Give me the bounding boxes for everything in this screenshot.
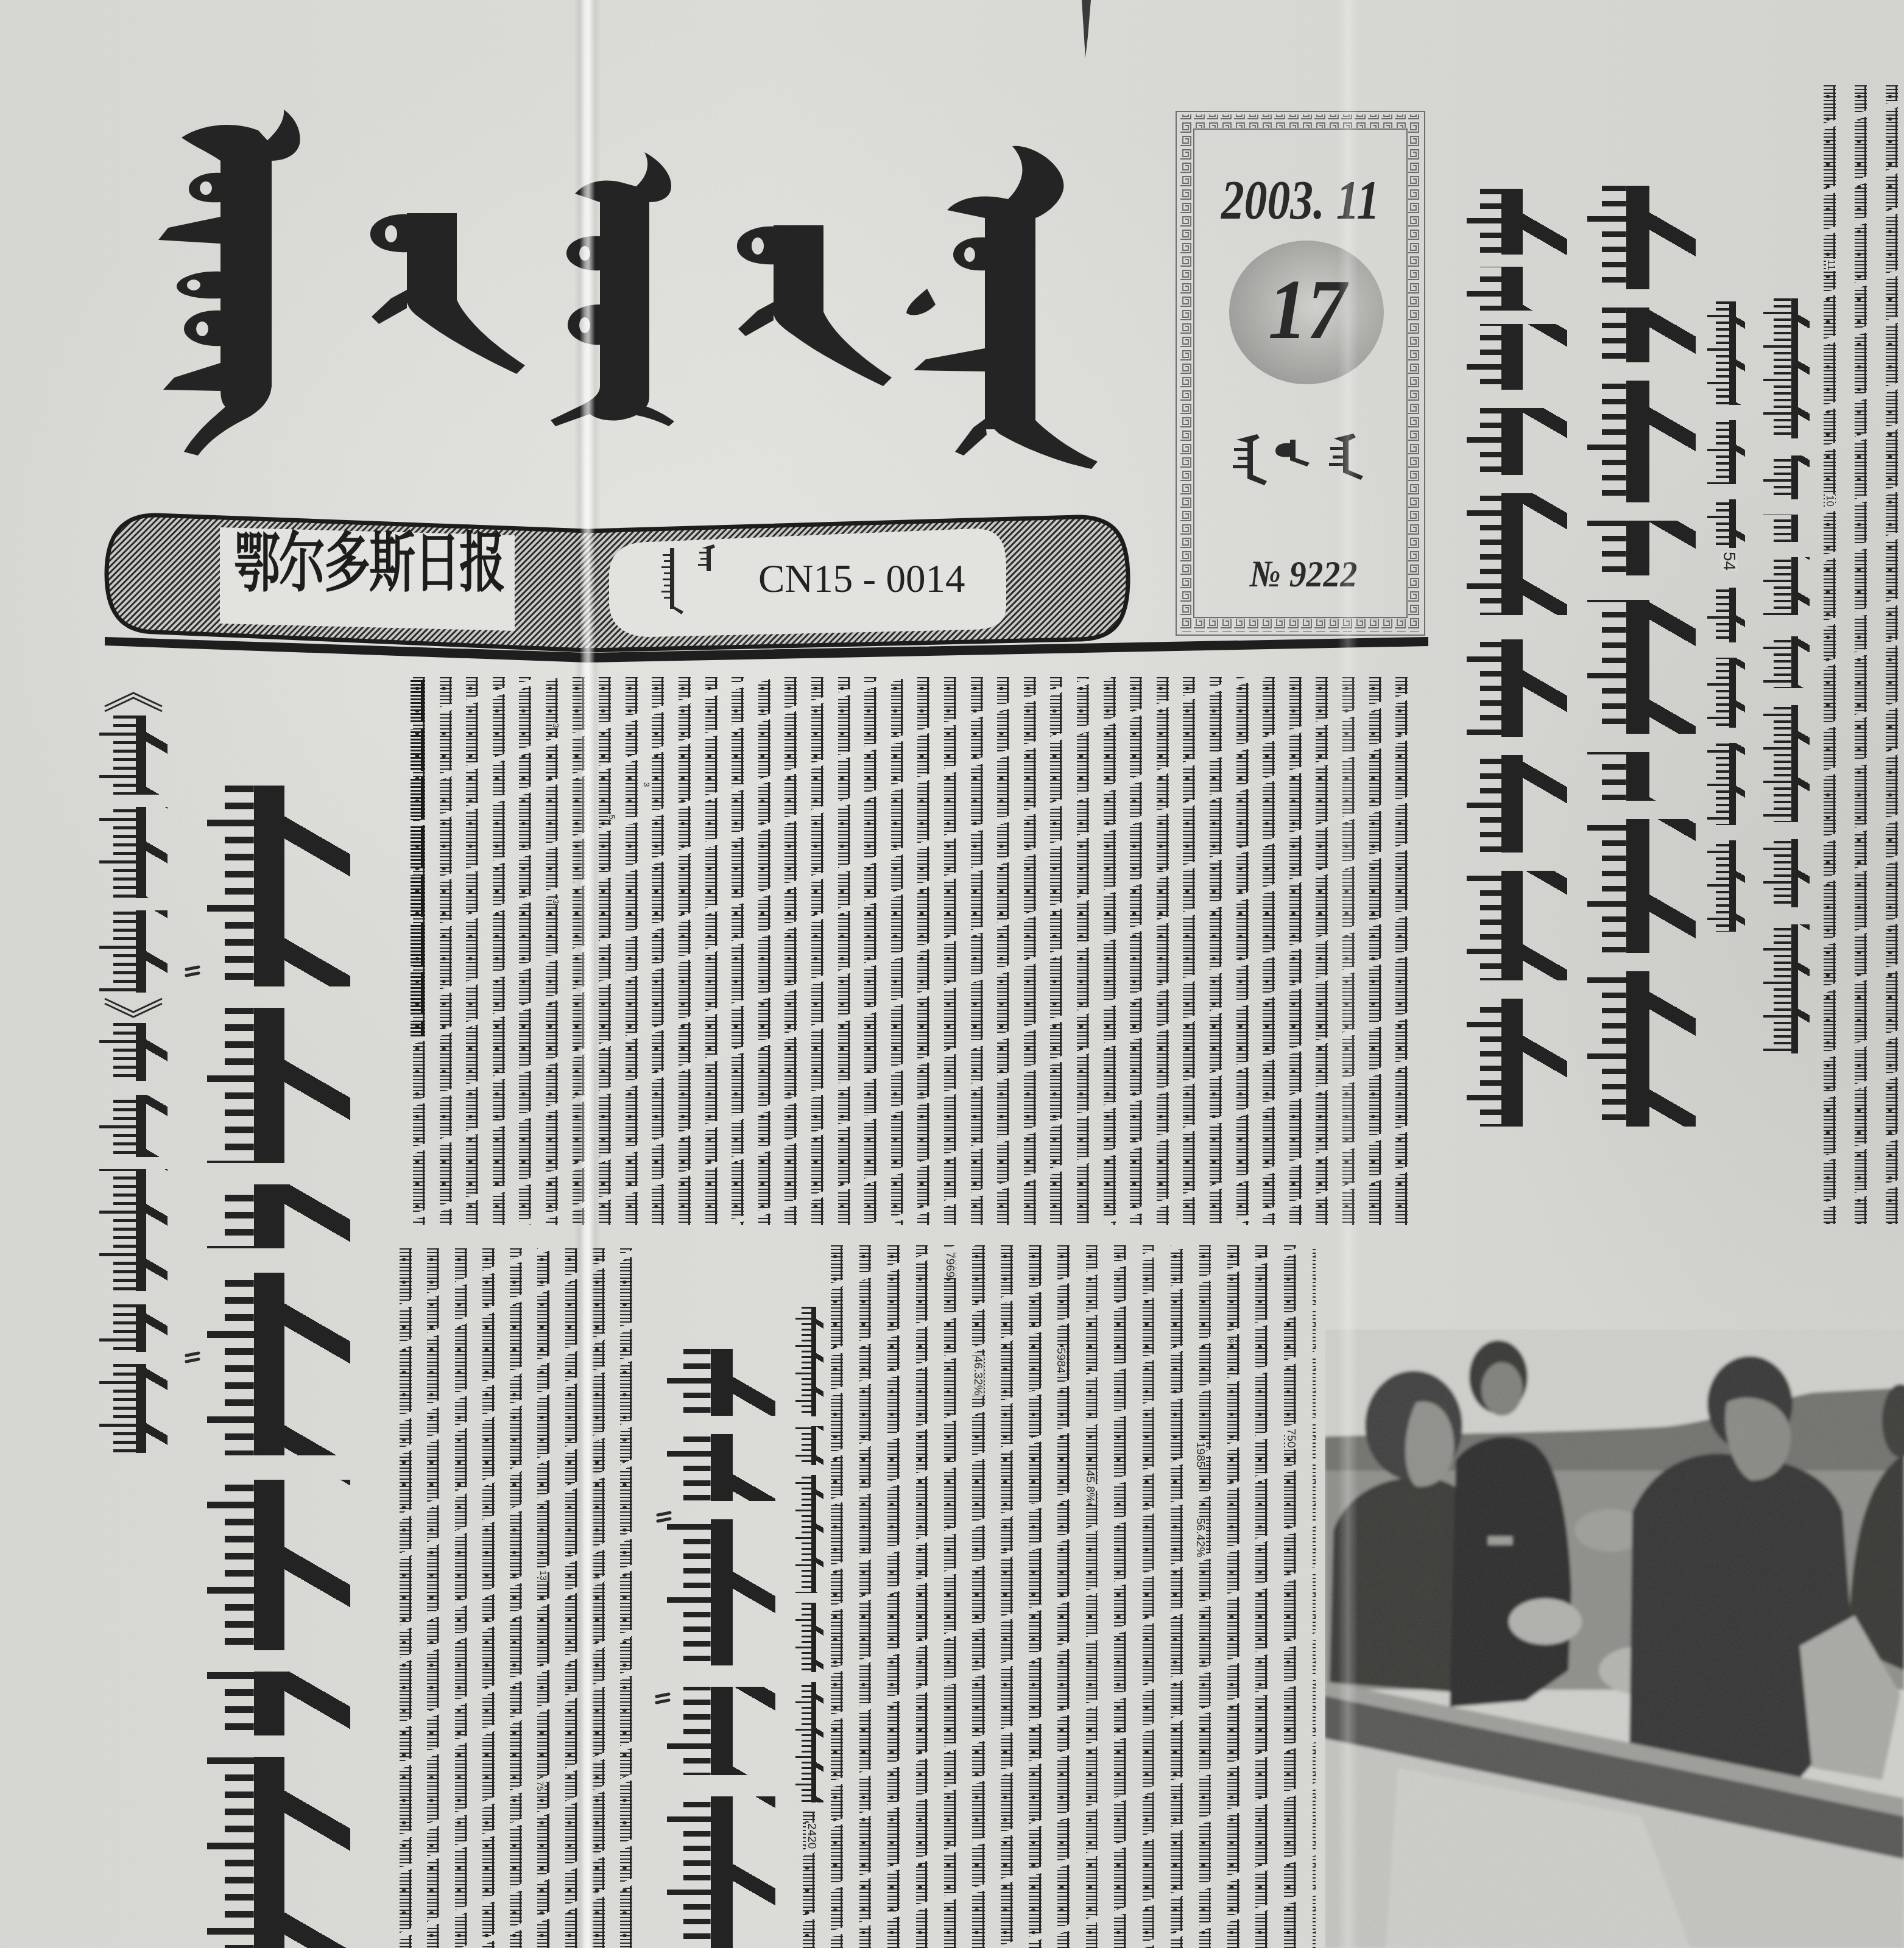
feature-body-numeral: 3 (552, 723, 560, 728)
open-bracket-glyph (105, 698, 162, 711)
weekday-mongolian-glyphs (1233, 434, 1363, 485)
center-body-numeral: 1985 (1194, 1441, 1206, 1468)
feature-body-numeral: 5 (608, 814, 616, 820)
masthead-glyph-1 (158, 110, 300, 455)
center-body-numeral: 9 (1227, 1338, 1235, 1343)
headline-quote-marks (186, 967, 670, 1703)
chinese-title: 鄂尔多斯日报 (223, 530, 515, 595)
center-body-numeral: 46.32% (972, 1356, 984, 1396)
feature-body-numeral: 3 (643, 782, 651, 787)
lead-body-numeral: 11 (1826, 259, 1836, 271)
masthead-glyph-3 (551, 152, 674, 426)
date-day: 17 (1195, 268, 1419, 353)
lead-body-numeral: 10 (1825, 494, 1835, 507)
masthead-glyph-4 (737, 225, 892, 386)
feature-body-numeral: 75 (535, 1781, 545, 1792)
registration-number: CN15 - 0014 (758, 560, 965, 599)
kicker-brackets (105, 693, 162, 1017)
news-photo (1325, 1329, 1904, 1948)
masthead-title-mongolian (158, 110, 1098, 469)
center-body-numeral: 45.8% (1084, 1469, 1096, 1503)
feature-body-numeral: 13 (538, 1570, 548, 1581)
center-body-numeral: 2420 (806, 1823, 817, 1849)
center-body-numeral: 5984 (1055, 1347, 1067, 1374)
date-year-month: 2003. 11 (1201, 172, 1400, 228)
feature-body-numeral: 3 (552, 899, 560, 904)
lead-subhead-numeral: 54 (1721, 551, 1738, 571)
close-bracket-glyph (105, 999, 162, 1012)
center-body-numeral: 56.42% (1194, 1517, 1206, 1558)
masthead-glyph-2 (370, 213, 525, 374)
masthead-glyph-5 (906, 146, 1098, 469)
center-body-numeral: 750 (1285, 1428, 1297, 1449)
center-body-numeral: 7969 (944, 1251, 956, 1278)
page-edge-mark (1082, 0, 1091, 58)
issue-number: № 9222 (1194, 555, 1413, 593)
newspaper-page: 鄂尔多斯日报 CN15 - 0014 2003. 11 17 № 9222 54… (0, 0, 1904, 1948)
